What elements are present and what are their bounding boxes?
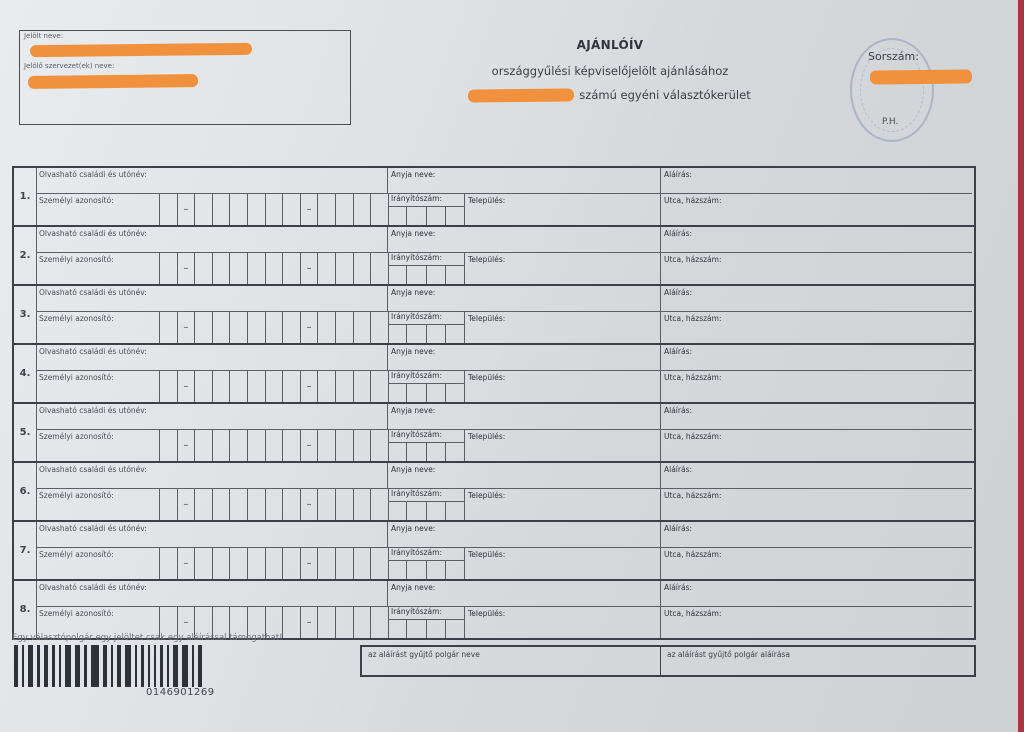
barcode-bar — [111, 645, 113, 687]
mother-name-field[interactable]: Anyja neve: — [388, 404, 661, 430]
personal-id-digit[interactable] — [318, 312, 336, 343]
personal-id-digit[interactable] — [195, 253, 213, 284]
signature-field[interactable]: Aláírás: — [661, 581, 972, 607]
name-field[interactable]: Olvasható családi és utónév: — [36, 404, 388, 430]
personal-id-digit[interactable] — [336, 430, 354, 461]
name-field[interactable]: Olvasható családi és utónév: — [36, 168, 388, 194]
personal-id-label-cell: Személyi azonosító: — [36, 489, 160, 520]
serial-redacted — [870, 69, 972, 84]
district-line: számú egyéni választókerület — [440, 88, 780, 102]
name-label: Olvasható családi és utónév: — [39, 229, 147, 238]
personal-id-digit[interactable] — [160, 194, 178, 225]
signer-row: 8. Olvasható családi és utónév: Személyi… — [14, 581, 974, 640]
personal-id-digit[interactable] — [230, 312, 248, 343]
candidate-box: Jelölt neve: Jelölő szervezet(ek) neve: — [19, 30, 351, 125]
street-label: Utca, házszám: — [664, 609, 721, 618]
signers-table: 1. Olvasható családi és utónév: Személyi… — [12, 166, 976, 640]
personal-id-digit[interactable] — [213, 194, 231, 225]
signature-label: Aláírás: — [664, 229, 692, 238]
personal-id-label: Személyi azonosító: — [39, 491, 114, 500]
personal-id-digit[interactable]: – — [301, 489, 319, 520]
postal-code-label-cell: Irányítószám: — [388, 371, 465, 384]
personal-id-digit[interactable] — [354, 194, 372, 225]
postal-code-digit[interactable] — [427, 620, 446, 638]
postal-code-digit[interactable] — [446, 384, 465, 402]
signer-row: 5. Olvasható családi és utónév: Személyi… — [14, 404, 974, 463]
candidate-name-label: Jelölt neve: — [24, 32, 63, 40]
name-field[interactable]: Olvasható családi és utónév: — [36, 286, 388, 312]
signature-label: Aláírás: — [664, 170, 692, 179]
street-field[interactable]: Utca, házszám: — [661, 430, 972, 461]
barcode-bar — [52, 645, 55, 687]
personal-id-digit[interactable] — [195, 194, 213, 225]
street-field[interactable]: Utca, házszám: — [661, 253, 972, 284]
postal-code-digit[interactable] — [427, 561, 446, 579]
postal-code-digit[interactable] — [446, 561, 465, 579]
postal-code-label-cell: Irányítószám: — [388, 312, 465, 325]
personal-id-digit[interactable] — [266, 312, 284, 343]
personal-id-digit[interactable] — [266, 489, 284, 520]
personal-id-digit[interactable] — [248, 430, 266, 461]
row-number: 8. — [14, 581, 37, 638]
personal-id-digit[interactable] — [160, 430, 178, 461]
personal-id-digit[interactable] — [213, 430, 231, 461]
personal-id-digit[interactable] — [336, 194, 354, 225]
postal-code-digit[interactable] — [446, 325, 465, 343]
postal-code-digit[interactable] — [446, 266, 465, 284]
personal-id-digit[interactable]: – — [301, 194, 319, 225]
postal-code-digit[interactable] — [407, 325, 426, 343]
personal-id-digit[interactable] — [195, 371, 213, 402]
postal-code-label: Irányítószám: — [391, 548, 442, 557]
name-label: Olvasható családi és utónév: — [39, 170, 147, 179]
personal-id-digit[interactable]: – — [301, 548, 319, 579]
personal-id-digit[interactable] — [318, 430, 336, 461]
name-field[interactable]: Olvasható családi és utónév: — [36, 581, 388, 607]
name-label: Olvasható családi és utónév: — [39, 406, 147, 415]
personal-id-field[interactable]: –– — [160, 253, 389, 284]
barcode-bar — [135, 645, 137, 687]
personal-id-digit[interactable] — [230, 489, 248, 520]
mother-name-label: Anyja neve: — [391, 170, 435, 179]
postal-code-digit[interactable] — [407, 561, 426, 579]
personal-id-digit[interactable]: – — [178, 430, 196, 461]
mother-name-label: Anyja neve: — [391, 229, 435, 238]
nominating-org-label: Jelölő szervezet(ek) neve: — [24, 62, 114, 70]
personal-id-digit[interactable] — [283, 489, 301, 520]
personal-id-digit[interactable] — [283, 312, 301, 343]
personal-id-digit[interactable] — [354, 253, 372, 284]
personal-id-digit[interactable] — [318, 607, 336, 638]
postal-code-label: Irányítószám: — [391, 371, 442, 380]
town-label: Település: — [468, 491, 505, 500]
name-field[interactable]: Olvasható családi és utónév: — [36, 463, 388, 489]
nomination-sheet: Jelölt neve: Jelölő szervezet(ek) neve: … — [0, 0, 1018, 732]
postal-code-field[interactable] — [388, 266, 465, 284]
barcode-bar — [75, 645, 80, 687]
street-label: Utca, házszám: — [664, 373, 721, 382]
personal-id-digit[interactable] — [213, 371, 231, 402]
personal-id-digit[interactable] — [318, 371, 336, 402]
postal-code-label: Irányítószám: — [391, 194, 442, 203]
town-field[interactable]: Település: — [465, 607, 661, 638]
postal-code-digit[interactable] — [427, 443, 446, 461]
personal-id-digit[interactable]: – — [178, 312, 196, 343]
form-title-block: AJÁNLÓÍV országgyűlési képviselőjelölt a… — [440, 38, 780, 102]
personal-id-label-cell: Személyi azonosító: — [36, 371, 160, 402]
postal-code-digit[interactable] — [446, 207, 465, 225]
personal-id-digit[interactable] — [318, 253, 336, 284]
mother-name-label: Anyja neve: — [391, 406, 435, 415]
name-label: Olvasható családi és utónév: — [39, 524, 147, 533]
postal-code-digit[interactable] — [427, 207, 446, 225]
signature-field[interactable]: Aláírás: — [661, 522, 972, 548]
signature-label: Aláírás: — [664, 524, 692, 533]
personal-id-digit[interactable] — [283, 430, 301, 461]
personal-id-label: Személyi azonosító: — [39, 609, 114, 618]
personal-id-digit[interactable] — [230, 253, 248, 284]
postal-code-digit[interactable] — [388, 561, 407, 579]
personal-id-digit[interactable] — [354, 548, 372, 579]
signer-row: 1. Olvasható családi és utónév: Személyi… — [14, 168, 974, 227]
personal-id-digit[interactable] — [318, 194, 336, 225]
personal-id-digit[interactable] — [213, 253, 231, 284]
postal-code-digit[interactable] — [388, 443, 407, 461]
postal-code-digit[interactable] — [388, 384, 407, 402]
signature-label: Aláírás: — [664, 347, 692, 356]
name-field[interactable]: Olvasható családi és utónév: — [36, 522, 388, 548]
mother-name-field[interactable]: Anyja neve: — [388, 286, 661, 312]
street-label: Utca, házszám: — [664, 491, 721, 500]
postal-code-digit[interactable] — [407, 207, 426, 225]
personal-id-digit[interactable] — [371, 430, 389, 461]
town-field[interactable]: Település: — [465, 194, 661, 225]
personal-id-digit[interactable] — [248, 312, 266, 343]
notice-text: Egy választópolgár egy jelöltet csak egy… — [12, 633, 283, 643]
street-label: Utca, házszám: — [664, 550, 721, 559]
personal-id-digit[interactable] — [354, 430, 372, 461]
personal-id-field[interactable]: –– — [160, 489, 389, 520]
town-label: Település: — [468, 196, 505, 205]
street-field[interactable]: Utca, házszám: — [661, 548, 972, 579]
street-field[interactable]: Utca, házszám: — [661, 607, 972, 638]
collector-signature-field[interactable]: az aláírást gyűjtő polgár aláírása — [661, 647, 974, 675]
personal-id-digit[interactable] — [371, 371, 389, 402]
personal-id-digit[interactable] — [195, 430, 213, 461]
postal-code-field[interactable] — [388, 502, 465, 520]
personal-id-field[interactable]: –– — [160, 548, 389, 579]
postal-code-label: Irányítószám: — [391, 607, 442, 616]
mother-name-label: Anyja neve: — [391, 288, 435, 297]
barcode-bar — [65, 645, 71, 687]
mother-name-label: Anyja neve: — [391, 347, 435, 356]
signer-row: 3. Olvasható családi és utónév: Személyi… — [14, 286, 974, 345]
personal-id-digit[interactable] — [354, 607, 372, 638]
personal-id-digit[interactable] — [371, 253, 389, 284]
mother-name-field[interactable]: Anyja neve: — [388, 227, 661, 253]
personal-id-digit[interactable] — [266, 253, 284, 284]
street-field[interactable]: Utca, házszám: — [661, 194, 972, 225]
personal-id-digit[interactable] — [248, 253, 266, 284]
postal-code-field[interactable] — [388, 620, 465, 638]
personal-id-digit[interactable]: – — [301, 312, 319, 343]
barcode-bar — [167, 645, 169, 687]
personal-id-field[interactable]: –– — [160, 430, 389, 461]
signer-row: 7. Olvasható családi és utónév: Személyi… — [14, 522, 974, 581]
personal-id-digit[interactable] — [160, 489, 178, 520]
name-field[interactable]: Olvasható családi és utónév: — [36, 227, 388, 253]
personal-id-digit[interactable] — [160, 312, 178, 343]
town-label: Település: — [468, 550, 505, 559]
personal-id-label: Személyi azonosító: — [39, 550, 114, 559]
personal-id-field[interactable]: –– — [160, 312, 389, 343]
personal-id-digit[interactable]: – — [178, 371, 196, 402]
personal-id-digit[interactable] — [266, 194, 284, 225]
personal-id-digit[interactable] — [371, 607, 389, 638]
signer-row: 2. Olvasható családi és utónév: Személyi… — [14, 227, 974, 286]
name-label: Olvasható családi és utónév: — [39, 288, 147, 297]
name-field[interactable]: Olvasható családi és utónév: — [36, 345, 388, 371]
personal-id-digit[interactable] — [336, 489, 354, 520]
row-number: 7. — [14, 522, 37, 579]
postal-code-label: Irányítószám: — [391, 430, 442, 439]
collector-name-field[interactable]: az aláírást gyűjtő polgár neve — [362, 647, 661, 675]
personal-id-digit[interactable]: – — [301, 253, 319, 284]
postal-code-digit[interactable] — [388, 325, 407, 343]
personal-id-label: Személyi azonosító: — [39, 373, 114, 382]
personal-id-digit[interactable]: – — [301, 607, 319, 638]
collector-box: az aláírást gyűjtő polgár neve az aláírá… — [360, 645, 976, 677]
postal-code-digit[interactable] — [427, 502, 446, 520]
signature-field[interactable]: Aláírás: — [661, 168, 972, 194]
personal-id-digit[interactable] — [318, 489, 336, 520]
personal-id-digit[interactable] — [318, 548, 336, 579]
personal-id-digit[interactable] — [283, 253, 301, 284]
mother-name-field[interactable]: Anyja neve: — [388, 345, 661, 371]
personal-id-digit[interactable] — [266, 548, 284, 579]
postal-code-field[interactable] — [388, 384, 465, 402]
personal-id-digit[interactable] — [354, 371, 372, 402]
personal-id-digit[interactable] — [160, 548, 178, 579]
personal-id-digit[interactable] — [336, 312, 354, 343]
mother-name-field[interactable]: Anyja neve: — [388, 168, 661, 194]
street-field[interactable]: Utca, házszám: — [661, 371, 972, 402]
nominating-org-redacted — [28, 74, 198, 89]
name-label: Olvasható családi és utónév: — [39, 347, 147, 356]
postal-code-label: Irányítószám: — [391, 489, 442, 498]
barcode-bar — [125, 645, 131, 687]
personal-id-digit[interactable]: – — [178, 253, 196, 284]
personal-id-digit[interactable] — [336, 607, 354, 638]
barcode-bar — [173, 645, 178, 687]
personal-id-digit[interactable] — [230, 548, 248, 579]
postal-code-digit[interactable] — [427, 384, 446, 402]
personal-id-digit[interactable] — [230, 194, 248, 225]
postal-code-field[interactable] — [388, 325, 465, 343]
personal-id-digit[interactable] — [371, 194, 389, 225]
personal-id-digit[interactable] — [248, 548, 266, 579]
signature-label: Aláírás: — [664, 406, 692, 415]
town-field[interactable]: Település: — [465, 489, 661, 520]
personal-id-digit[interactable] — [195, 489, 213, 520]
postal-code-digit[interactable] — [388, 207, 407, 225]
town-label: Település: — [468, 432, 505, 441]
barcode-bar — [160, 645, 163, 687]
personal-id-digit[interactable] — [371, 548, 389, 579]
row-number: 4. — [14, 345, 37, 402]
street-label: Utca, házszám: — [664, 432, 721, 441]
postal-code-digit[interactable] — [407, 620, 426, 638]
postal-code-digit[interactable] — [427, 266, 446, 284]
postal-code-field[interactable] — [388, 561, 465, 579]
signature-label: Aláírás: — [664, 288, 692, 297]
postal-code-digit[interactable] — [407, 266, 426, 284]
barcode — [14, 645, 206, 687]
postal-code-label-cell: Irányítószám: — [388, 489, 465, 502]
row-number: 1. — [14, 168, 37, 225]
postal-code-digit[interactable] — [446, 620, 465, 638]
street-label: Utca, házszám: — [664, 196, 721, 205]
postal-code-digit[interactable] — [407, 384, 426, 402]
personal-id-digit[interactable] — [283, 371, 301, 402]
postal-code-digit[interactable] — [388, 502, 407, 520]
postal-code-field[interactable] — [388, 207, 465, 225]
postal-code-field[interactable] — [388, 443, 465, 461]
postal-code-digit[interactable] — [388, 266, 407, 284]
personal-id-digit[interactable]: – — [301, 371, 319, 402]
personal-id-digit[interactable] — [195, 312, 213, 343]
postal-code-digit[interactable] — [427, 325, 446, 343]
personal-id-digit[interactable]: – — [178, 194, 196, 225]
personal-id-label: Személyi azonosító: — [39, 432, 114, 441]
signer-row: 6. Olvasható családi és utónév: Személyi… — [14, 463, 974, 522]
town-field[interactable]: Település: — [465, 548, 661, 579]
postal-code-label-cell: Irányítószám: — [388, 548, 465, 561]
table-edge — [1018, 0, 1024, 732]
street-field[interactable]: Utca, házszám: — [661, 489, 972, 520]
personal-id-digit[interactable] — [213, 548, 231, 579]
form-title: AJÁNLÓÍV — [440, 38, 780, 52]
row-number: 6. — [14, 463, 37, 520]
barcode-bar — [154, 645, 156, 687]
mother-name-field[interactable]: Anyja neve: — [388, 522, 661, 548]
barcode-bar — [22, 645, 24, 687]
personal-id-field[interactable]: –– — [160, 371, 389, 402]
barcode-bar — [198, 645, 202, 687]
personal-id-digit[interactable] — [336, 548, 354, 579]
form-subtitle: országgyűlési képviselőjelölt ajánlásáho… — [440, 64, 780, 78]
candidate-name-redacted — [30, 43, 252, 57]
row-number: 3. — [14, 286, 37, 343]
barcode-bar — [91, 645, 99, 687]
barcode-bar — [84, 645, 87, 687]
district-suffix: számú egyéni választókerület — [579, 88, 750, 102]
barcode-bar — [148, 645, 150, 687]
personal-id-label-cell: Személyi azonosító: — [36, 548, 160, 579]
town-field[interactable]: Település: — [465, 430, 661, 461]
town-label: Település: — [468, 373, 505, 382]
mother-name-label: Anyja neve: — [391, 465, 435, 474]
postal-code-label-cell: Irányítószám: — [388, 607, 465, 620]
personal-id-digit[interactable] — [230, 430, 248, 461]
barcode-bar — [192, 645, 194, 687]
barcode-bar — [14, 645, 18, 687]
mother-name-field[interactable]: Anyja neve: — [388, 463, 661, 489]
personal-id-digit[interactable] — [230, 371, 248, 402]
town-field[interactable]: Település: — [465, 371, 661, 402]
postal-code-label-cell: Irányítószám: — [388, 194, 465, 207]
personal-id-digit[interactable]: – — [178, 489, 196, 520]
barcode-bar — [141, 645, 144, 687]
personal-id-digit[interactable] — [248, 489, 266, 520]
personal-id-digit[interactable] — [248, 371, 266, 402]
personal-id-digit[interactable]: – — [178, 548, 196, 579]
personal-id-label-cell: Személyi azonosító: — [36, 430, 160, 461]
personal-id-label-cell: Személyi azonosító: — [36, 194, 160, 225]
street-field[interactable]: Utca, házszám: — [661, 312, 972, 343]
personal-id-digit[interactable] — [336, 253, 354, 284]
mother-name-label: Anyja neve: — [391, 524, 435, 533]
personal-id-digit[interactable] — [283, 194, 301, 225]
personal-id-digit[interactable] — [283, 548, 301, 579]
personal-id-digit[interactable] — [195, 548, 213, 579]
personal-id-digit[interactable] — [266, 371, 284, 402]
barcode-bar — [37, 645, 40, 687]
postal-code-label: Irányítószám: — [391, 253, 442, 262]
mother-name-field[interactable]: Anyja neve: — [388, 581, 661, 607]
personal-id-digit[interactable] — [248, 194, 266, 225]
town-field[interactable]: Település: — [465, 253, 661, 284]
row-number: 2. — [14, 227, 37, 284]
postal-code-digit[interactable] — [407, 443, 426, 461]
signature-field[interactable]: Aláírás: — [661, 286, 972, 312]
personal-id-digit[interactable] — [371, 489, 389, 520]
postal-code-label-cell: Irányítószám: — [388, 253, 465, 266]
personal-id-digit[interactable] — [354, 489, 372, 520]
town-field[interactable]: Település: — [465, 312, 661, 343]
district-redacted — [468, 88, 574, 102]
postal-code-label: Irányítószám: — [391, 312, 442, 321]
personal-id-digit[interactable] — [213, 312, 231, 343]
personal-id-digit[interactable] — [160, 253, 178, 284]
name-label: Olvasható családi és utónév: — [39, 465, 147, 474]
personal-id-digit[interactable] — [266, 430, 284, 461]
signature-field[interactable]: Aláírás: — [661, 227, 972, 253]
barcode-number: 0146901269 — [146, 687, 215, 698]
name-label: Olvasható családi és utónév: — [39, 583, 147, 592]
personal-id-digit[interactable] — [160, 371, 178, 402]
personal-id-digit[interactable] — [283, 607, 301, 638]
personal-id-digit[interactable] — [371, 312, 389, 343]
barcode-bar — [44, 645, 48, 687]
postal-code-digit[interactable] — [446, 443, 465, 461]
postal-code-digit[interactable] — [407, 502, 426, 520]
personal-id-digit[interactable]: – — [301, 430, 319, 461]
signature-field[interactable]: Aláírás: — [661, 404, 972, 430]
signature-label: Aláírás: — [664, 583, 692, 592]
personal-id-field[interactable]: –– — [160, 194, 389, 225]
town-label: Település: — [468, 609, 505, 618]
personal-id-label: Személyi azonosító: — [39, 255, 114, 264]
personal-id-digit[interactable] — [336, 371, 354, 402]
personal-id-digit[interactable] — [354, 312, 372, 343]
personal-id-digit[interactable] — [213, 489, 231, 520]
postal-code-digit[interactable] — [446, 502, 465, 520]
postal-code-digit[interactable] — [388, 620, 407, 638]
signature-field[interactable]: Aláírás: — [661, 463, 972, 489]
postal-code-label-cell: Irányítószám: — [388, 430, 465, 443]
signature-field[interactable]: Aláírás: — [661, 345, 972, 371]
